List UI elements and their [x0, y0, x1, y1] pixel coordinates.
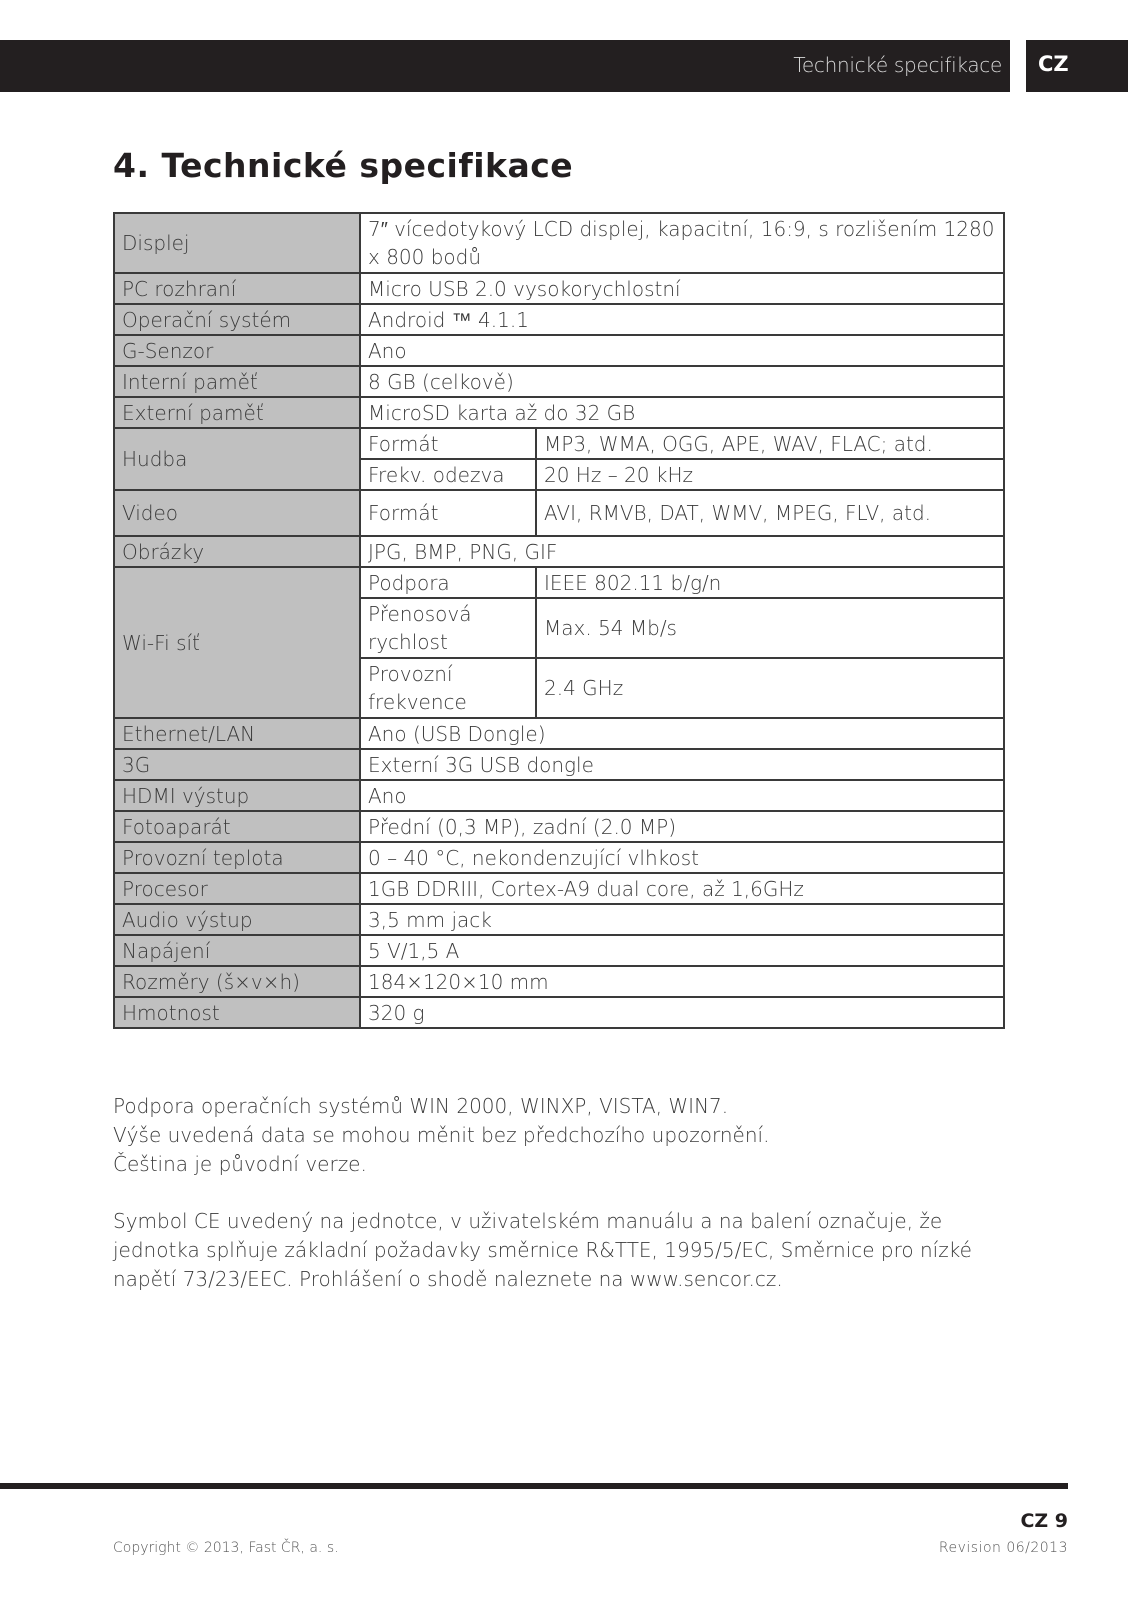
spec-sublabel: Formát: [360, 490, 536, 536]
spec-sublabel: Frekv. odezva: [360, 459, 536, 490]
spec-label: Rozměry (š×v×h): [114, 966, 360, 997]
spec-value: 20 Hz – 20 kHz: [536, 459, 1004, 490]
spec-label: Interní paměť: [114, 366, 360, 397]
table-row: Napájení5 V/1,5 A: [114, 935, 1004, 966]
spec-value: Ano: [360, 780, 1004, 811]
page-number: CZ 9: [1020, 1510, 1068, 1532]
table-row: Externí paměťMicroSD karta až do 32 GB: [114, 397, 1004, 428]
spec-value: IEEE 802.11 b/g/n: [536, 567, 1004, 598]
table-row: PC rozhraníMicro USB 2.0 vysokorychlostn…: [114, 273, 1004, 304]
table-row: Audio výstup3,5 mm jack: [114, 904, 1004, 935]
table-row: Displej7″ vícedotykový LCD displej, kapa…: [114, 213, 1004, 273]
spec-label: Wi-Fi síť: [114, 567, 360, 718]
spec-value: Ano: [360, 335, 1004, 366]
spec-label: Procesor: [114, 873, 360, 904]
spec-label: Ethernet/LAN: [114, 718, 360, 749]
spec-label: Fotoaparát: [114, 811, 360, 842]
table-row: Ethernet/LANAno (USB Dongle): [114, 718, 1004, 749]
spec-value: 1GB DDRIII, Cortex-A9 dual core, až 1,6G…: [360, 873, 1004, 904]
spec-value: Přední (0,3 MP), zadní (2.0 MP): [360, 811, 1004, 842]
spec-value: Externí 3G USB dongle: [360, 749, 1004, 780]
header-language-badge: CZ: [1026, 40, 1128, 92]
spec-value: 2.4 GHz: [536, 658, 1004, 718]
spec-label: Hmotnost: [114, 997, 360, 1028]
spec-value: 184×120×10 mm: [360, 966, 1004, 997]
language-code: CZ: [1038, 52, 1069, 76]
table-row: Rozměry (š×v×h)184×120×10 mm: [114, 966, 1004, 997]
spec-value: MicroSD karta až do 32 GB: [360, 397, 1004, 428]
spec-value: 7″ vícedotykový LCD displej, kapacitní, …: [360, 213, 1004, 273]
copyright: Copyright © 2013, Fast ČR, a. s.: [113, 1540, 339, 1556]
spec-label: HDMI výstup: [114, 780, 360, 811]
table-row: VideoFormátAVI, RMVB, DAT, WMV, MPEG, FL…: [114, 490, 1004, 536]
notes-paragraph-1: Podpora operačních systémů WIN 2000, WIN…: [113, 1092, 1013, 1179]
spec-value: Micro USB 2.0 vysokorychlostní: [360, 273, 1004, 304]
spec-label: Video: [114, 490, 360, 536]
spec-label: Napájení: [114, 935, 360, 966]
spec-value: 0 – 40 °C, nekondenzující vlhkost: [360, 842, 1004, 873]
table-row: HDMI výstupAno: [114, 780, 1004, 811]
spec-value: Android ™ 4.1.1: [360, 304, 1004, 335]
table-row: 3GExterní 3G USB dongle: [114, 749, 1004, 780]
table-row: Hmotnost320 g: [114, 997, 1004, 1028]
spec-label: Provozní teplota: [114, 842, 360, 873]
spec-label: Obrázky: [114, 536, 360, 567]
header-section-title: Technické specifikace: [793, 53, 1002, 77]
spec-value: Max. 54 Mb/s: [536, 598, 1004, 658]
footer-rule: [0, 1483, 1068, 1489]
spec-value: 8 GB (celkově): [360, 366, 1004, 397]
spec-value: MP3, WMA, OGG, APE, WAV, FLAC; atd.: [536, 428, 1004, 459]
table-row: ObrázkyJPG, BMP, PNG, GIF: [114, 536, 1004, 567]
table-row: Interní paměť8 GB (celkově): [114, 366, 1004, 397]
spec-value: 3,5 mm jack: [360, 904, 1004, 935]
table-row: HudbaFormátMP3, WMA, OGG, APE, WAV, FLAC…: [114, 428, 1004, 459]
spec-label: Displej: [114, 213, 360, 273]
spec-sublabel: Provozní frekvence: [360, 658, 536, 718]
table-row: Provozní teplota0 – 40 °C, nekondenzujíc…: [114, 842, 1004, 873]
spec-label: Audio výstup: [114, 904, 360, 935]
spec-sublabel: Přenosová rychlost: [360, 598, 536, 658]
spec-value: Ano (USB Dongle): [360, 718, 1004, 749]
header-bar: Technické specifikace: [0, 40, 1010, 92]
spec-value: JPG, BMP, PNG, GIF: [360, 536, 1004, 567]
page-title: 4. Technické specifikace: [113, 146, 573, 185]
table-row: Operační systémAndroid ™ 4.1.1: [114, 304, 1004, 335]
spec-label: PC rozhraní: [114, 273, 360, 304]
spec-label: Operační systém: [114, 304, 360, 335]
spec-label: Externí paměť: [114, 397, 360, 428]
spec-value: 5 V/1,5 A: [360, 935, 1004, 966]
table-row: FotoaparátPřední (0,3 MP), zadní (2.0 MP…: [114, 811, 1004, 842]
revision: Revision 06/2013: [939, 1540, 1068, 1556]
spec-table: Displej7″ vícedotykový LCD displej, kapa…: [113, 212, 1005, 1029]
notes: Podpora operačních systémů WIN 2000, WIN…: [113, 1092, 1013, 1322]
spec-value: 320 g: [360, 997, 1004, 1028]
spec-label: Hudba: [114, 428, 360, 490]
table-row: Procesor1GB DDRIII, Cortex-A9 dual core,…: [114, 873, 1004, 904]
spec-sublabel: Podpora: [360, 567, 536, 598]
table-row: G-SenzorAno: [114, 335, 1004, 366]
spec-sublabel: Formát: [360, 428, 536, 459]
table-row: Wi-Fi síťPodporaIEEE 802.11 b/g/n: [114, 567, 1004, 598]
spec-label: G-Senzor: [114, 335, 360, 366]
spec-label: 3G: [114, 749, 360, 780]
notes-paragraph-ce: Symbol CE uvedený na jednotce, v uživate…: [113, 1207, 1013, 1294]
spec-value: AVI, RMVB, DAT, WMV, MPEG, FLV, atd.: [536, 490, 1004, 536]
